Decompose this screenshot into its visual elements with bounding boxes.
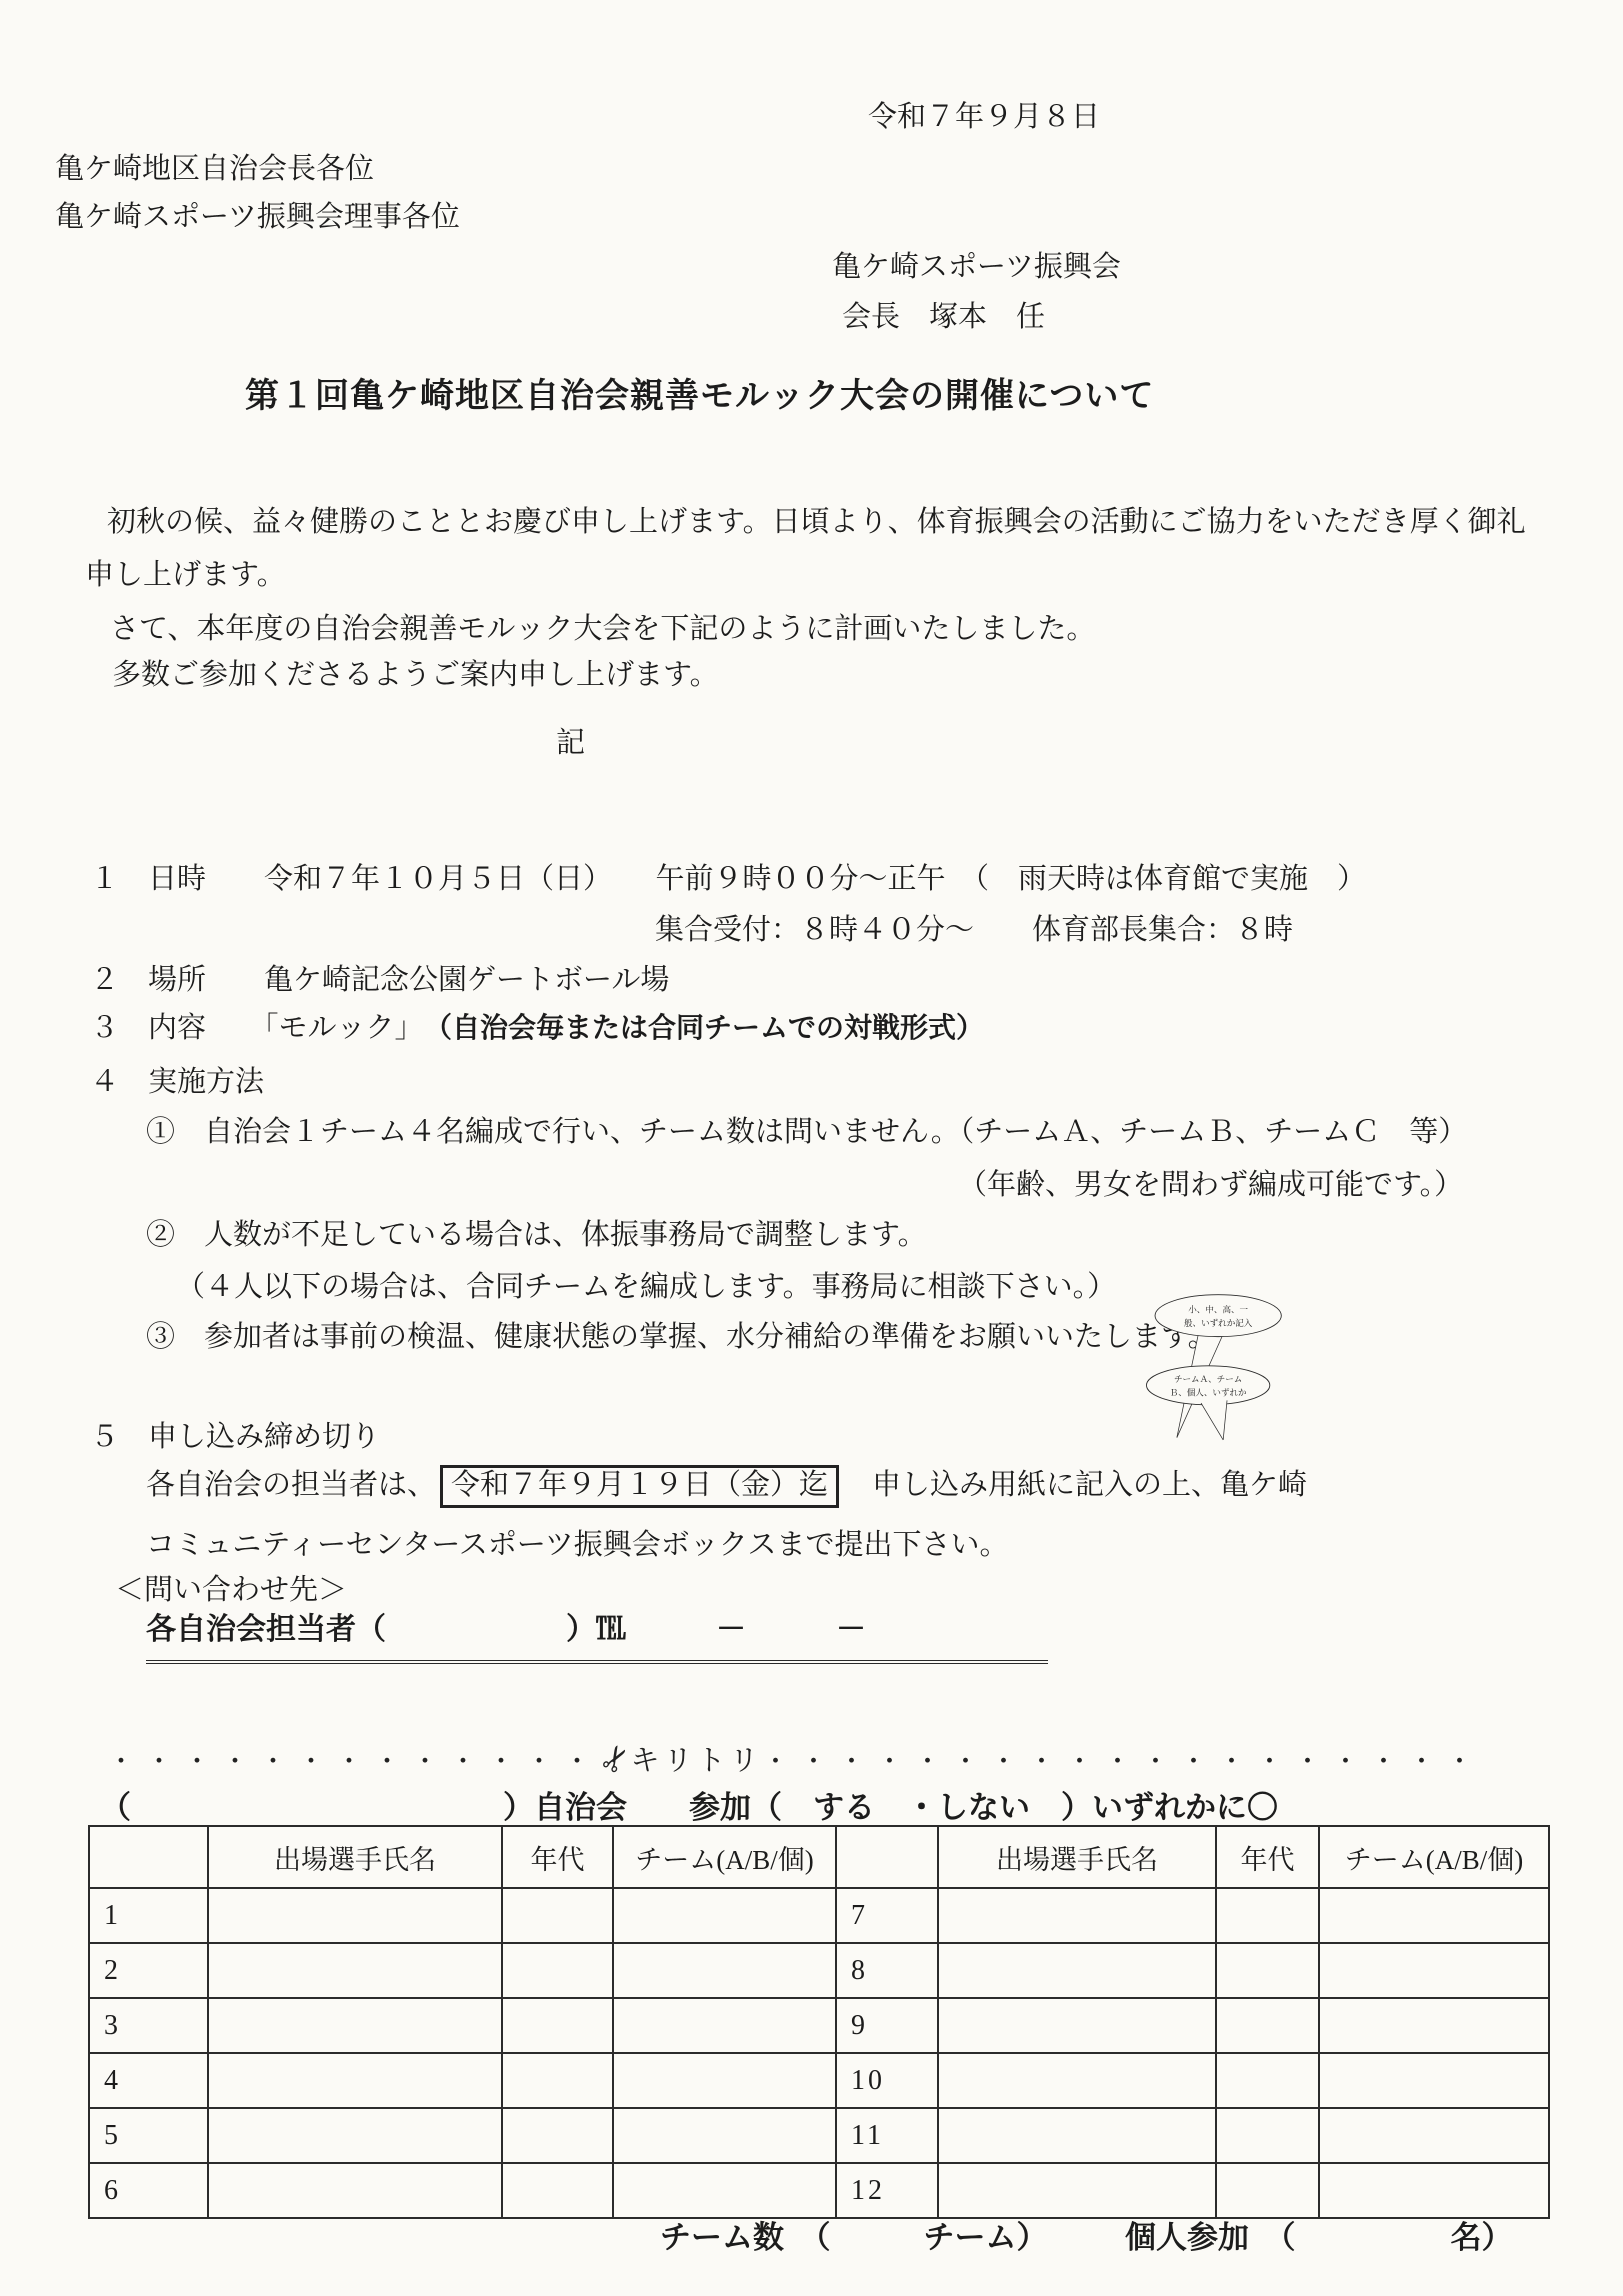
player-name-cell <box>208 1998 502 2053</box>
age-bubble-text-1: 小、中、高、一 <box>1188 1303 1248 1314</box>
header-blank-right <box>836 1826 938 1888</box>
detail-content-label: ３ 内容 「モルック」 <box>90 1012 438 1044</box>
team-bubble-text-2: Ｂ、個人、いずれか <box>1170 1387 1247 1398</box>
team-cell <box>1319 1943 1549 1998</box>
detail-content: ３ 内容 「モルック」 （自治会毎または合同チームでの対戦形式） <box>90 1011 984 1046</box>
recipient-line-1: 亀ケ崎地区自治会長各位 <box>55 152 374 187</box>
totals-line: チーム数 （ チーム） 個人参加 （ 名） <box>660 2212 1513 2257</box>
row-number-cell: 6 <box>89 2163 208 2218</box>
team-cell <box>1319 2053 1549 2108</box>
detail-content-note: （自治会毎または合同チームでの対戦形式） <box>438 1012 984 1043</box>
row-number-cell: 8 <box>836 1943 938 1998</box>
method-1: ① 自治会１チーム４名編成で行い、チーム数は問いません。（チームＡ、チームＢ、チ… <box>146 1115 1467 1150</box>
row-number-cell: 9 <box>836 1998 938 2053</box>
cut-line: ・・・・・・・・・・・・・✂キリトリ・・・・・・・・・・・・・・・・・・・ <box>108 1738 1485 1779</box>
deadline-date-box: 令和７年９月１９日（金）迄 <box>440 1465 839 1508</box>
age-cell <box>502 2163 613 2218</box>
cut-dots-left: ・・・・・・・・・・・・・ <box>108 1747 602 1776</box>
row-number-cell: 12 <box>836 2163 938 2218</box>
team-cell <box>1319 2108 1549 2163</box>
team-bubble <box>1146 1366 1269 1405</box>
sender-president: 会長 塚本 任 <box>842 300 1045 335</box>
greeting-line-1: 初秋の候、益々健勝のこととお慶び申し上げます。日頃より、体育振興会の活動にご協力… <box>107 505 1526 540</box>
row-number-cell: 7 <box>836 1888 938 1943</box>
detail-place: ２ 場所 亀ケ崎記念公園ゲートボール場 <box>90 963 669 998</box>
sender-organization: 亀ケ崎スポーツ振興会 <box>832 250 1121 285</box>
age-cell <box>1216 1998 1319 2053</box>
cut-dots-right: ・・・・・・・・・・・・・・・・・・・ <box>763 1747 1485 1776</box>
method-2-note: （４人以下の場合は、合同チームを編成します。事務局に相談下さい。） <box>176 1270 1116 1305</box>
team-cell <box>613 1998 836 2053</box>
age-cell <box>502 1998 613 2053</box>
header-team-left: チーム(A/B/個) <box>613 1826 836 1888</box>
cut-label: キリトリ <box>631 1745 763 1777</box>
method-2: ② 人数が不足している場合は、体振事務局で調整します。 <box>146 1218 927 1253</box>
entry-table: 出場選手氏名 年代 チーム(A/B/個) 出場選手氏名 年代 チーム(A/B/個… <box>88 1825 1550 2219</box>
player-name-cell <box>208 2163 502 2218</box>
participation-line: （ ）自治会 参加（ する ・しない ）いずれかに〇 <box>100 1782 1278 1827</box>
contact-heading: ＜問い合わせ先＞ <box>115 1573 347 1608</box>
deadline-prefix: 各自治会の担当者は、 <box>146 1469 436 1501</box>
player-name-cell <box>938 2108 1216 2163</box>
document-title: 第１回亀ケ崎地区自治会親善モルック大会の開催について <box>245 368 1154 417</box>
detail-reception: 集合受付：８時４０分～ 体育部長集合：８時 <box>655 913 1293 948</box>
player-name-cell <box>938 1888 1216 1943</box>
age-bubble-text-2: 般、いずれか記入 <box>1184 1317 1253 1328</box>
age-cell <box>1216 2108 1319 2163</box>
deadline-line: 各自治会の担当者は、令和７年９月１９日（金）迄 申し込み用紙に記入の上、亀ケ崎 <box>146 1465 1307 1508</box>
detail-datetime: １ 日時 令和７年１０月５日（日） 午前９時００分～正午 （ 雨天時は体育館で実… <box>90 862 1366 897</box>
greeting-line-2: 申し上げます。 <box>85 558 286 593</box>
document-date: 令和７年９月８日 <box>868 100 1100 135</box>
team-cell <box>1319 1888 1549 1943</box>
scanned-document-page: 令和７年９月８日 亀ケ崎地区自治会長各位 亀ケ崎スポーツ振興会理事各位 亀ケ崎ス… <box>0 0 1623 2296</box>
age-cell <box>1216 1943 1319 1998</box>
player-name-cell <box>208 2108 502 2163</box>
player-name-cell <box>938 2053 1216 2108</box>
player-name-cell <box>938 2163 1216 2218</box>
team-cell <box>1319 2163 1549 2218</box>
detail-method-heading: ４ 実施方法 <box>90 1065 264 1100</box>
team-cell <box>613 2108 836 2163</box>
table-row: 2 8 <box>89 1943 1549 1998</box>
age-cell <box>502 1943 613 1998</box>
age-bubble <box>1155 1295 1281 1337</box>
row-number-cell: 2 <box>89 1943 208 1998</box>
age-cell <box>1216 1888 1319 1943</box>
header-player-name-right: 出場選手氏名 <box>938 1826 1216 1888</box>
team-cell <box>613 1943 836 1998</box>
intro-line: さて、本年度の自治会親善モルック大会を下記のように計画いたしました。 <box>110 612 1095 647</box>
method-1-note: （年齢、男女を問わず編成可能です。） <box>958 1168 1463 1203</box>
table-row: 1 7 <box>89 1888 1549 1943</box>
header-player-name-left: 出場選手氏名 <box>208 1826 502 1888</box>
row-number-cell: 10 <box>836 2053 938 2108</box>
row-number-cell: 4 <box>89 2053 208 2108</box>
detail-deadline-heading: ５ 申し込み締め切り <box>90 1420 380 1455</box>
record-marker: 記 <box>556 726 585 761</box>
player-name-cell <box>208 1888 502 1943</box>
age-cell <box>502 2053 613 2108</box>
player-name-cell <box>938 1943 1216 1998</box>
contact-line: 各自治会担当者（ ）℡ － － <box>146 1612 1048 1664</box>
player-name-cell <box>208 2053 502 2108</box>
age-cell <box>502 2108 613 2163</box>
team-bubble-text-1: チームＡ、チーム <box>1174 1374 1242 1384</box>
team-cell <box>1319 1998 1549 2053</box>
table-row: 5 11 <box>89 2108 1549 2163</box>
player-name-cell <box>938 1998 1216 2053</box>
age-cell <box>1216 2053 1319 2108</box>
invite-line: 多数ご参加くださるようご案内申し上げます。 <box>112 658 719 693</box>
team-cell <box>613 1888 836 1943</box>
table-row: 6 12 <box>89 2163 1549 2218</box>
row-number-cell: 3 <box>89 1998 208 2053</box>
header-team-right: チーム(A/B/個) <box>1319 1826 1549 1888</box>
team-cell <box>613 2163 836 2218</box>
row-number-cell: 5 <box>89 2108 208 2163</box>
header-blank-left <box>89 1826 208 1888</box>
row-number-cell: 1 <box>89 1888 208 1943</box>
table-row: 3 9 <box>89 1998 1549 2053</box>
age-cell <box>1216 2163 1319 2218</box>
row-number-cell: 11 <box>836 2108 938 2163</box>
table-row: 4 10 <box>89 2053 1549 2108</box>
deadline-line-2: コミュニティーセンタースポーツ振興会ボックスまで提出下さい。 <box>146 1528 1008 1563</box>
team-bubble-tail <box>1201 1400 1227 1440</box>
recipient-line-2: 亀ケ崎スポーツ振興会理事各位 <box>55 200 460 235</box>
entry-table-header-row: 出場選手氏名 年代 チーム(A/B/個) 出場選手氏名 年代 チーム(A/B/個… <box>89 1826 1549 1888</box>
header-age-left: 年代 <box>502 1826 613 1888</box>
team-cell <box>613 2053 836 2108</box>
method-3: ③ 参加者は事前の検温、健康状態の掌握、水分補給の準備をお願いいたします。 <box>146 1320 1217 1355</box>
player-name-cell <box>208 1943 502 1998</box>
age-cell <box>502 1888 613 1943</box>
header-age-right: 年代 <box>1216 1826 1319 1888</box>
